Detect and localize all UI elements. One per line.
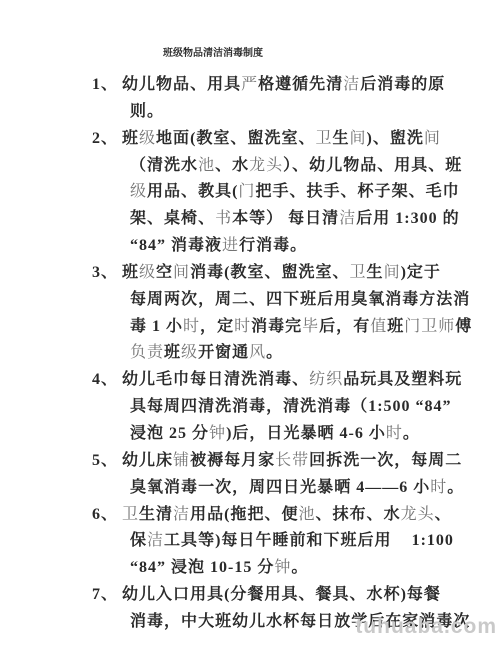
item-text: 班级空间消毒(教室、盥洗室、卫生间)定于每周两次，周二、四下班后用臭氧消毒方法消…	[122, 260, 464, 367]
item-line: 幼儿毛巾每日清洗消毒、纺织品玩具及塑料玩	[122, 367, 464, 394]
item-line: “84” 浸泡 10-15 分钟。	[122, 555, 464, 582]
item-text: 班级地面(教室、盥洗室、卫生间)、盥洗间（清洗水池、水龙头）、幼儿物品、用具、班…	[122, 126, 464, 260]
item-line: 级用品、教具(门把手、扶手、杯子架、毛巾	[122, 179, 464, 206]
item-text: 卫生清洁用品(拖把、便池、抹布、水龙头、保洁工具等)每日午睡前和下班后用 1:1…	[122, 502, 464, 583]
item-number: 1、	[92, 72, 122, 99]
item-line: 班级地面(教室、盥洗室、卫生间)、盥洗间	[122, 126, 464, 153]
document-page: 班级物品清洁消毒制度 1、 幼儿物品、用具严格遵循先清洁后消毒的原则。 2、 班…	[0, 0, 500, 648]
item-line: 臭氧消毒一次，周四日光暴晒 4——6 小时。	[122, 475, 464, 502]
item-text: 幼儿毛巾每日清洗消毒、纺织品玩具及塑料玩具每周四清洗消毒，清洗消毒（1:500 …	[122, 367, 464, 448]
item-number: 3、	[92, 260, 122, 287]
list-item: 1、 幼儿物品、用具严格遵循先清洁后消毒的原则。	[92, 72, 464, 126]
item-line: 幼儿物品、用具严格遵循先清洁后消毒的原	[122, 72, 464, 99]
item-line: 每周两次，周二、四下班后用臭氧消毒方法消	[122, 287, 464, 314]
item-line: 毒 1 小时，定时消毒完毕后，有值班门卫师傅	[122, 314, 464, 341]
page-title: 班级物品清洁消毒制度	[163, 44, 263, 59]
item-line: （清洗水池、水龙头）、幼儿物品、用具、班	[122, 153, 464, 180]
item-line: 具每周四清洗消毒，清洗消毒（1:500 “84”	[122, 394, 464, 421]
item-line: 浸泡 25 分钟)后，日光暴晒 4-6 小时。	[122, 421, 464, 448]
list-item: 2、 班级地面(教室、盥洗室、卫生间)、盥洗间（清洗水池、水龙头）、幼儿物品、用…	[92, 126, 464, 260]
item-line: 幼儿入口用具(分餐用具、餐具、水杯)每餐	[122, 582, 464, 609]
item-number: 4、	[92, 367, 122, 394]
watermark-text: tuhuaba.com	[355, 615, 497, 639]
item-line: 负责班级开窗通风。	[122, 340, 464, 367]
item-line: 卫生清洁用品(拖把、便池、抹布、水龙头、	[122, 502, 464, 529]
item-number: 2、	[92, 126, 122, 153]
item-number: 6、	[92, 502, 122, 529]
item-line: 保洁工具等)每日午睡前和下班后用 1:100	[122, 528, 464, 555]
item-text: 幼儿物品、用具严格遵循先清洁后消毒的原则。	[122, 72, 464, 126]
item-text: 幼儿床铺被褥每月家长带回拆洗一次，每周二臭氧消毒一次，周四日光暴晒 4——6 小…	[122, 448, 464, 502]
rules-list: 1、 幼儿物品、用具严格遵循先清洁后消毒的原则。 2、 班级地面(教室、盥洗室、…	[92, 72, 464, 636]
list-item: 3、 班级空间消毒(教室、盥洗室、卫生间)定于每周两次，周二、四下班后用臭氧消毒…	[92, 260, 464, 367]
list-item: 4、 幼儿毛巾每日清洗消毒、纺织品玩具及塑料玩具每周四清洗消毒，清洗消毒（1:5…	[92, 367, 464, 448]
item-line: “84” 消毒液进行消毒。	[122, 233, 464, 260]
list-item: 5、 幼儿床铺被褥每月家长带回拆洗一次，每周二臭氧消毒一次，周四日光暴晒 4——…	[92, 448, 464, 502]
item-line: 幼儿床铺被褥每月家长带回拆洗一次，每周二	[122, 448, 464, 475]
item-number: 5、	[92, 448, 122, 475]
item-line: 则。	[122, 99, 464, 126]
item-line: 架、桌椅、书本等） 每日清洁后用 1:300 的	[122, 206, 464, 233]
list-item: 6、 卫生清洁用品(拖把、便池、抹布、水龙头、保洁工具等)每日午睡前和下班后用 …	[92, 502, 464, 583]
item-number: 7、	[92, 582, 122, 609]
item-line: 班级空间消毒(教室、盥洗室、卫生间)定于	[122, 260, 464, 287]
